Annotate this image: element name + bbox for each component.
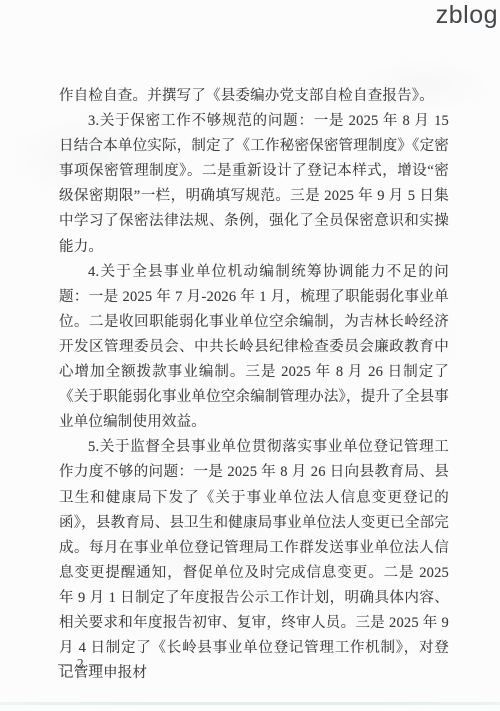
zblog-watermark: zblog [436, 3, 498, 28]
paragraph-continuation: 作自检自查。并撰写了《县委编办党支部自检自查报告》。 [59, 84, 449, 109]
paragraph-item-5-registration-supervision: 5.关于监督全县事业单位贯彻落实事业单位登记管理工作力度不够的问题：一是 202… [59, 435, 449, 686]
page-number: — 2 — [58, 656, 104, 672]
scanned-document-page: zblog 作自检自查。并撰写了《县委编办党支部自检自查报告》。 3.关于保密工… [0, 0, 500, 711]
document-body: 作自检自查。并撰写了《县委编办党支部自检自查报告》。 3.关于保密工作不够规范的… [59, 84, 449, 686]
paragraph-item-4-staffing-coordination: 4.关于全县事业单位机动编制统筹协调能力不足的问题：一是 2025 年 7 月-… [59, 260, 449, 436]
paragraph-item-3-confidentiality: 3.关于保密工作不够规范的问题：一是 2025 年 8 月 15 日结合本单位实… [59, 109, 449, 260]
footer-separator-line [0, 702, 500, 705]
